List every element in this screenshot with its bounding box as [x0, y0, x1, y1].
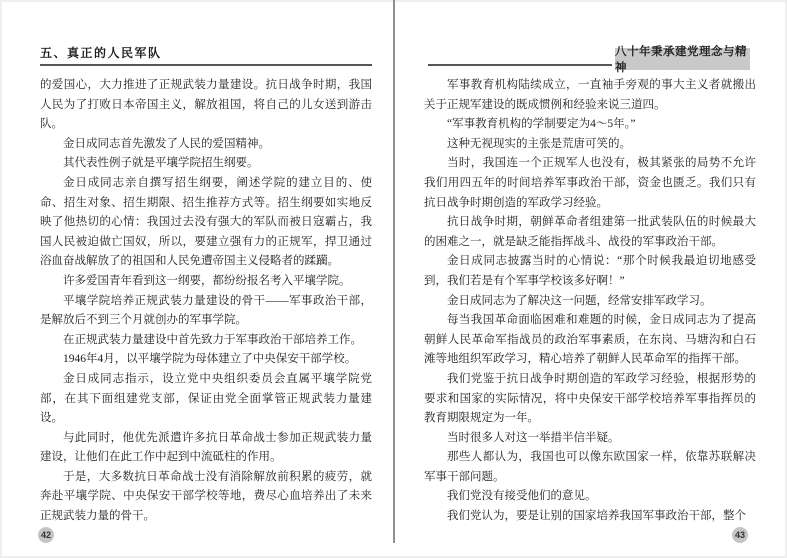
paragraph: 与此同时，他优先派遣许多抗日革命战士参加正规武装力量建设，让他们在此工作中起到中…: [40, 429, 372, 468]
paragraph: 这种无视现实的主张是荒唐可笑的。: [424, 135, 756, 155]
paragraph: 在正规武装力量建设中首先致力于军事政治干部培养工作。: [40, 331, 372, 351]
paragraph: 我们党认为，要是让别的国家培养我国军事政治干部，整个: [424, 507, 756, 527]
right-header-title: 八十年秉承建党理念与精神: [615, 43, 750, 75]
paragraph: 我们党鉴于抗日战争时期创造的军政学习经验，根据形势的要求和国家的实际情况，将中央…: [424, 370, 756, 429]
paragraph: 金日成同志披露当时的心情说：“那个时候我最迫切地感受到，我们若是有个军事学校该多…: [424, 252, 756, 291]
left-header-title: 五、真正的人民军队: [40, 46, 162, 60]
paragraph: 金日成同志指示，设立党中央组织委员会直属平壤学院党部，在其下面组建党支部，保证由…: [40, 370, 372, 429]
left-page: 五、真正的人民军队 的爱国心，大力推进了正规武装力量建设。抗日战争时期，我国人民…: [40, 0, 372, 558]
paragraph: 军事教育机构陆续成立，一直袖手旁观的事大主义者就搬出关于正规军建设的既成惯例和经…: [424, 76, 756, 115]
right-page-number: 43: [732, 527, 748, 543]
paragraph: 当时，我国连一个正规军人也没有，极其紧张的局势不允许我们用四五年的时间培养军事政…: [424, 154, 756, 213]
paragraph: “军事教育机构的学制要定为4～5年。”: [424, 115, 756, 135]
paragraph: 抗日战争时期，朝鲜革命者组建第一批武装队伍的时候最大的困难之一，就是缺乏能指挥战…: [424, 213, 756, 252]
left-running-header: 五、真正的人民军队: [40, 44, 372, 66]
right-page: 八十年秉承建党理念与精神 军事教育机构陆续成立，一直袖手旁观的事大主义者就搬出关…: [424, 0, 756, 558]
paragraph: 每当我国革命面临困难和难题的时候，金日成同志为了提高朝鲜人民革命军指战员的政治军…: [424, 311, 756, 370]
book-spread: 五、真正的人民军队 的爱国心，大力推进了正规武装力量建设。抗日战争时期，我国人民…: [0, 0, 787, 558]
paragraph: 金日成同志首先激发了人民的爱国精神。: [40, 135, 372, 155]
paragraph: 其代表性例子就是平壤学院招生纲要。: [40, 154, 372, 174]
paragraph: 于是，大多数抗日革命战士没有消除解放前积累的疲劳，就奔赴平壤学院、中央保安干部学…: [40, 468, 372, 527]
paragraph: 当时很多人对这一举措半信半疑。: [424, 429, 756, 449]
paragraph: 1946年4月，以平壤学院为母体建立了中央保安干部学校。: [40, 350, 372, 370]
left-page-body: 的爱国心，大力推进了正规武装力量建设。抗日战争时期，我国人民为了打败日本帝国主义…: [40, 76, 372, 527]
paragraph: 的爱国心，大力推进了正规武装力量建设。抗日战争时期，我国人民为了打败日本帝国主义…: [40, 76, 372, 135]
page-gutter-line: [393, 0, 395, 543]
paragraph: 金日成同志为了解决这一问题，经常安排军政学习。: [424, 292, 756, 312]
right-running-header: 八十年秉承建党理念与精神: [424, 44, 756, 72]
right-page-body: 军事教育机构陆续成立，一直袖手旁观的事大主义者就搬出关于正规军建设的既成惯例和经…: [424, 76, 756, 527]
paragraph: 我们党没有接受他们的意见。: [424, 487, 756, 507]
paragraph: 许多爱国青年看到这一纲要，都纷纷报名考入平壤学院。: [40, 272, 372, 292]
right-header-rule: [428, 64, 612, 66]
left-page-number: 42: [38, 527, 54, 543]
paragraph: 平壤学院培养正规武装力量建设的骨干——军事政治干部，是解放后不到三个月就创办的军…: [40, 292, 372, 331]
paragraph: 那些人都认为，我国也可以像东欧国家一样，依靠苏联解决军事干部问题。: [424, 448, 756, 487]
paragraph: 金日成同志亲自撰写招生纲要，阐述学院的建立目的、使命、招生对象、招生期限、招生推…: [40, 174, 372, 272]
right-header-title-box: 八十年秉承建党理念与精神: [615, 48, 750, 70]
